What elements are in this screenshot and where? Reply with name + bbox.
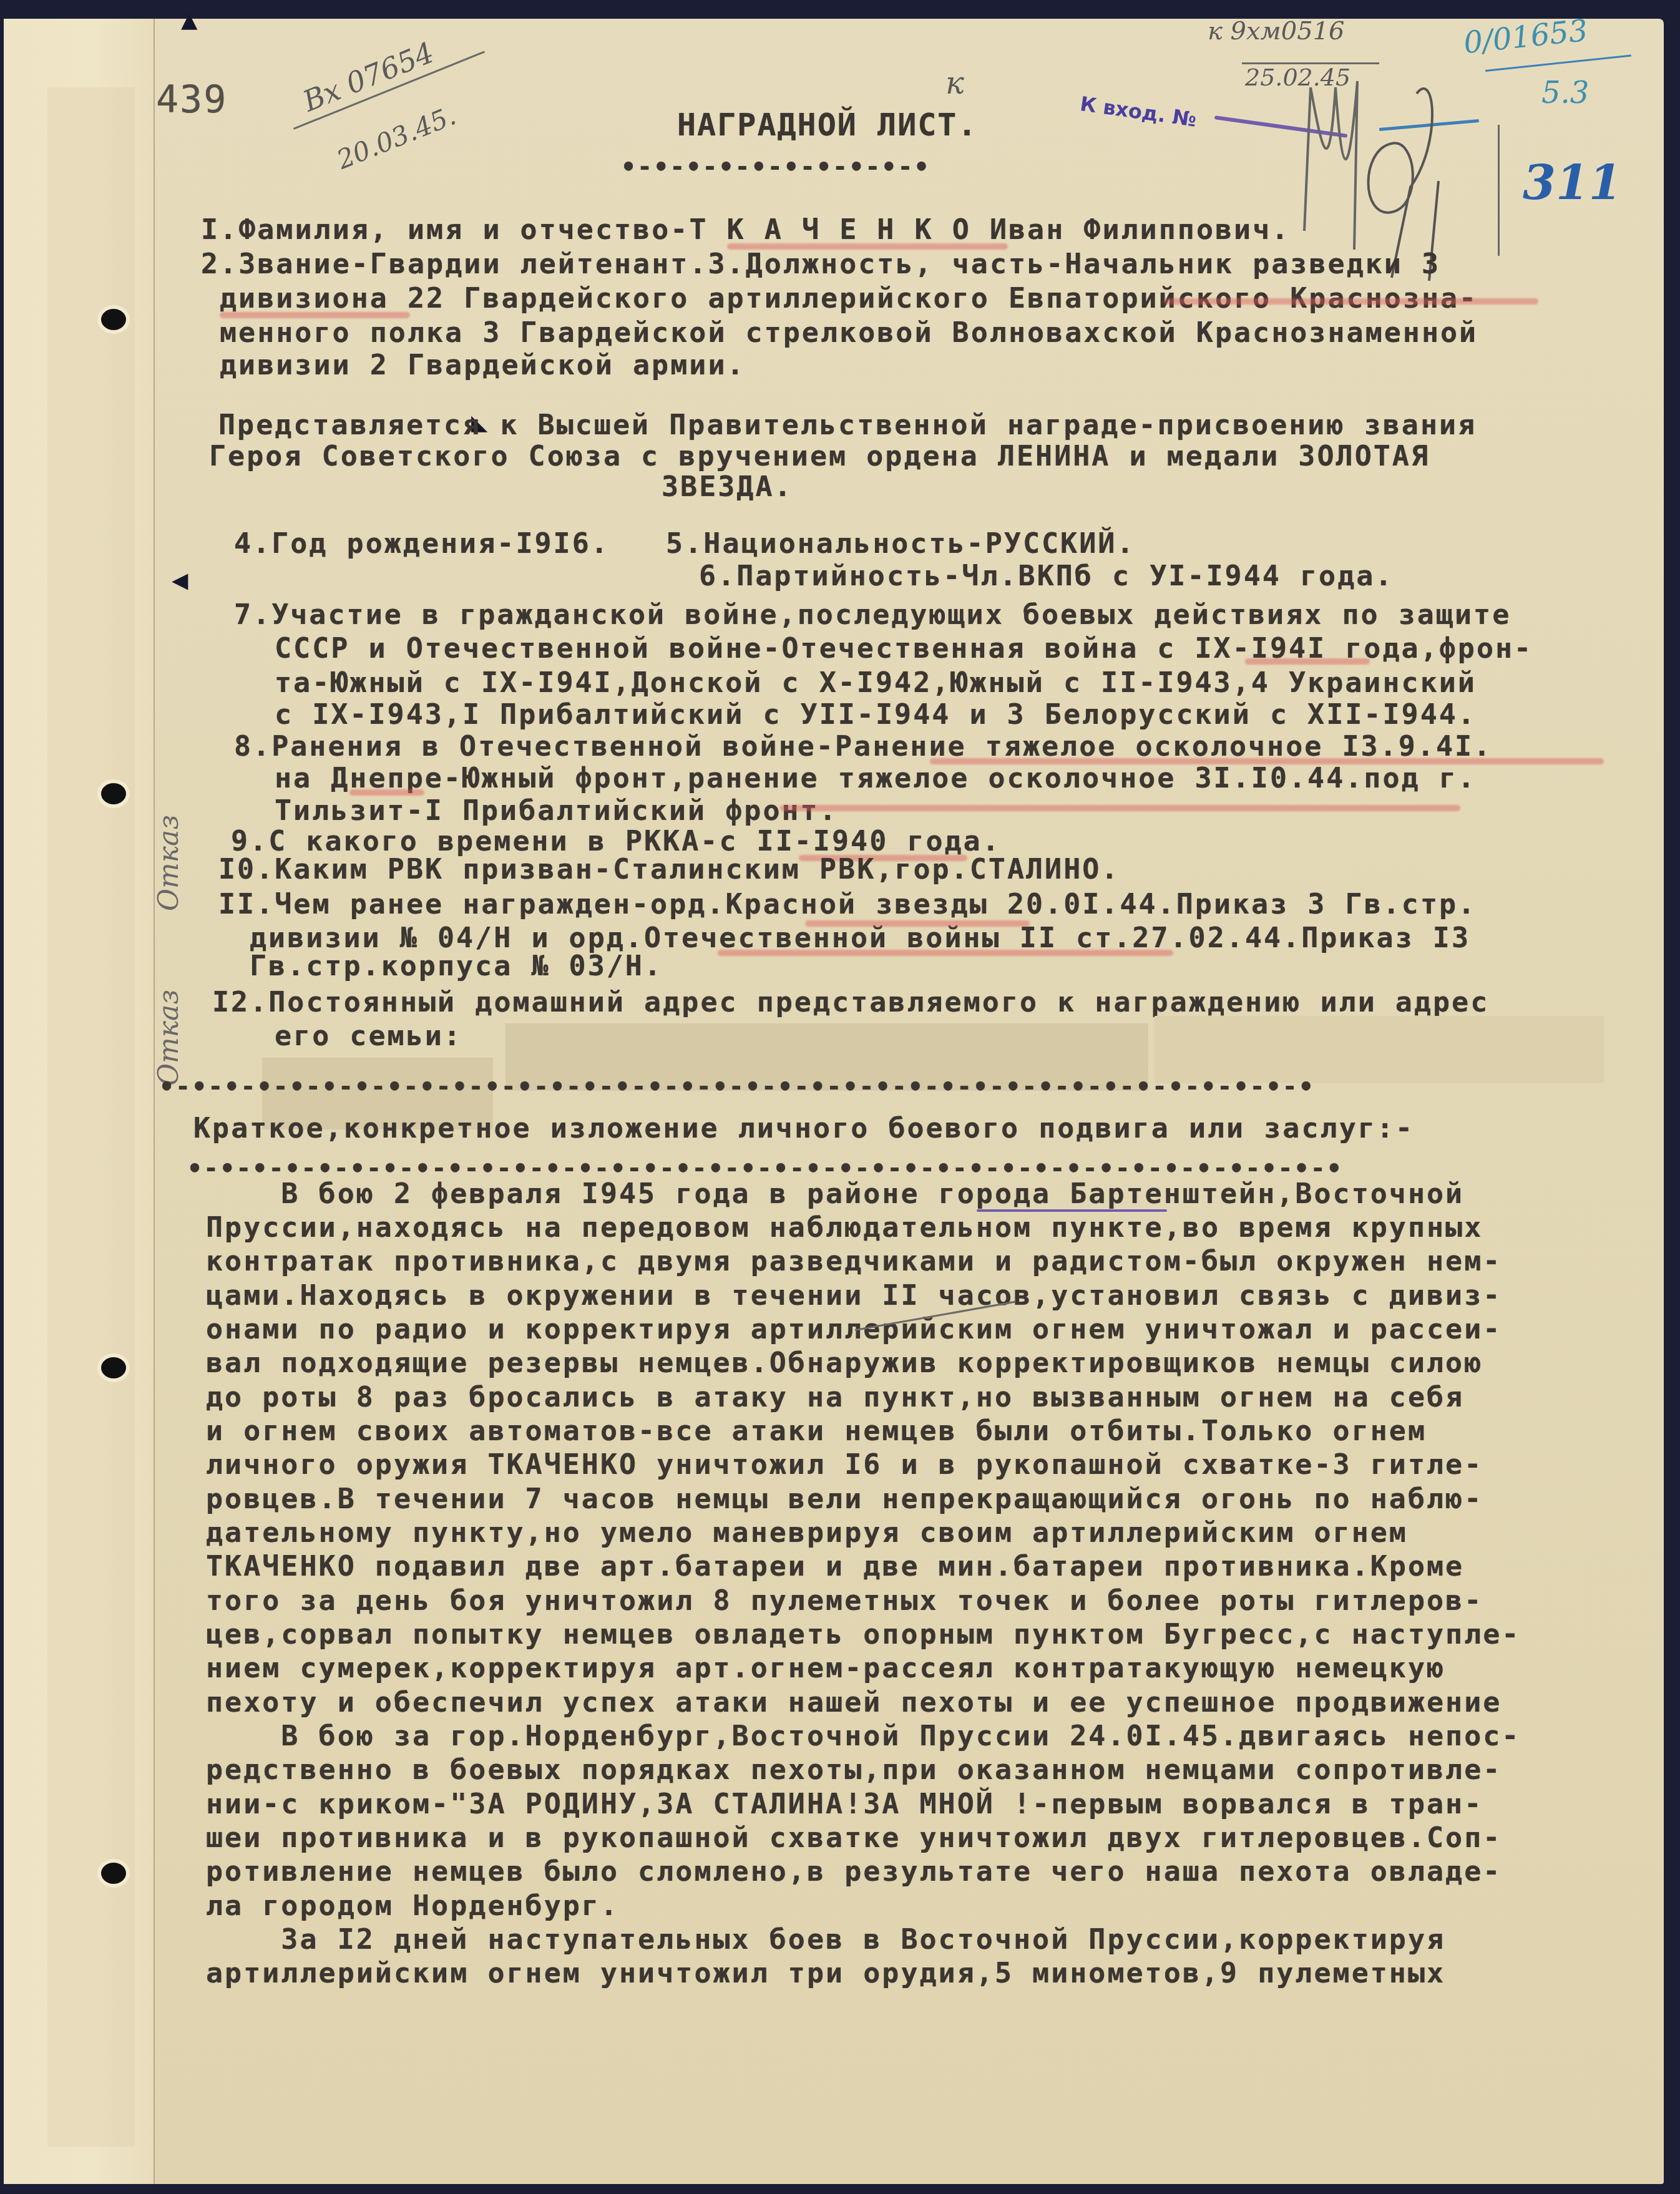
item-service-since: 9.С какого времени в РККА-с II-I940 года… <box>231 827 1001 855</box>
hole-punch <box>101 1357 126 1378</box>
hole-punch <box>101 309 126 330</box>
narrative-line: вал подходящие резервы немцев.Обнаружив … <box>206 1348 1483 1377</box>
narrative-line: контратак противника,с двумя разведчикам… <box>206 1247 1502 1275</box>
wound-underline-1 <box>930 758 1604 764</box>
award-underline-1 <box>805 920 1030 927</box>
narrative-line: онами по радио и корректируя артиллерийс… <box>206 1315 1502 1343</box>
separator-top: •-•-•-•-•-•-•-•-•-•-•-•-•-•-•-•-•-•-•-•-… <box>159 1075 1315 1099</box>
item-previous-awards-3: Гв.стр.корпуса № 03/Н. <box>250 952 663 980</box>
margin-note-2: Отказ <box>153 990 185 1086</box>
narrative-line: цами.Находясь в окружении в течении II ч… <box>206 1281 1502 1309</box>
item-party: 6.Партийность-Чл.ВКПб с УI-I944 года. <box>699 562 1394 590</box>
name-underline <box>727 243 1008 250</box>
tear-mark: ◀ <box>172 567 188 594</box>
city-underline <box>977 1209 1167 1212</box>
item-birth-nationality: 4.Год рождения-I9I6. 5.Национальность-РУ… <box>234 529 1135 557</box>
field-unit-2: менного полка 3 Гвардейской стрелковой В… <box>220 318 1478 346</box>
item-previous-awards-2: дивизии № 04/Н и орд.Отечественной войны… <box>250 924 1470 952</box>
item-wounds-2: на Днепре-Южный фронт,ранение тяжелое ос… <box>275 764 1477 792</box>
hole-punch <box>101 783 126 804</box>
sheet-number: 439 <box>156 81 227 119</box>
field-rank-position: 2.Звание-Гвардии лейтенант.3.Должность, … <box>201 250 1440 278</box>
narrative-line: того за день боя уничтожил 8 пулеметных … <box>206 1586 1483 1614</box>
narrative-line: до роты 8 раз бросались в атаку на пункт… <box>206 1383 1464 1411</box>
item-drafted-by: I0.Каким РВК призван-Сталинским РВК,гор.… <box>218 855 1120 883</box>
binding-strip <box>4 19 155 2184</box>
nomination-line-3: ЗВЕЗДА. <box>662 472 793 500</box>
item-war-participation-3: та-Южный с IX-I94I,Донской с X-I942,Южны… <box>275 668 1477 696</box>
margin-note-1: Отказ <box>153 815 185 911</box>
pencil-margin-line <box>1498 125 1500 256</box>
division-underline <box>220 312 410 318</box>
nomination-line-2: Героя Советского Союза с вручением орден… <box>209 442 1430 470</box>
narrative-line: дательному пункту,но умело маневрируя св… <box>206 1518 1408 1546</box>
registration-sub: 5.3 <box>1541 78 1589 108</box>
field-unit-3: дивизии 2 Гвардейской армии. <box>220 351 746 379</box>
narrative-line: шеи противника и в рукопашной схватке ун… <box>206 1823 1502 1851</box>
narrative-line: нием сумерек,корректируя арт.огнем-рассе… <box>206 1654 1445 1682</box>
summary-heading: Краткое,конкретное изложение личного бое… <box>193 1114 1414 1142</box>
pencil-signature <box>1286 31 1523 281</box>
tear-mark: ▲ <box>181 6 198 34</box>
item-home-address-2: его семьи: <box>275 1021 462 1050</box>
narrative-line: нии-с криком-"ЗА РОДИНУ,ЗА СТАЛИНА!ЗА МН… <box>206 1790 1483 1818</box>
narrative-line: Пруссии,находясь на передовом наблюдател… <box>206 1213 1483 1241</box>
narrative-line: редственно в боевых порядках пехоты,при … <box>206 1755 1502 1783</box>
narrative-line: ТКАЧЕНКО подавил две арт.батареи и две м… <box>206 1552 1464 1580</box>
item-war-participation: 7.Участие в гражданской войне,последующи… <box>234 600 1511 628</box>
item-war-participation-4: с IX-I943,I Прибалтийский с УII-I944 и 3… <box>275 700 1477 728</box>
narrative-line: ла городом Норденбург. <box>206 1891 619 1919</box>
narrative-line: В бою 2 февраля I945 года в районе город… <box>206 1179 1464 1207</box>
narrative-line: личного оружия ТКАЧЕНКО уничтожил I6 и в… <box>206 1450 1483 1478</box>
item-wounds: 8.Ранения в Отечественной войне-Ранение … <box>234 732 1492 760</box>
page-title: НАГРАДНОЙ ЛИСТ. <box>677 109 978 140</box>
page-number: 311 <box>1523 159 1622 207</box>
nomination-line-1: Представляется к Высшей Правительственно… <box>218 411 1477 439</box>
hole-punch <box>101 1863 126 1884</box>
item-wounds-3: Тильзит-I Прибалтийский фронт. <box>275 796 838 824</box>
award-underline-2 <box>718 950 1173 956</box>
narrative-line: и огнем своих автоматов-все атаки немцев… <box>206 1416 1427 1445</box>
narrative-line: цев,сорвал попытку немцев овладеть опорн… <box>206 1620 1520 1648</box>
wound-underline-3 <box>780 805 1460 811</box>
narrative-line: В бою за гор.Норденбург,Восточной Прусси… <box>206 1722 1520 1750</box>
item-home-address: I2.Постоянный домашний адрес представляе… <box>212 988 1489 1016</box>
binding-inner <box>47 87 135 2147</box>
narrative-line: артиллерийским огнем уничтожил три оруди… <box>206 1959 1445 1987</box>
item-previous-awards: II.Чем ранее награжден-орд.Красной звезд… <box>218 890 1477 918</box>
field-name: I.Фамилия, имя и отчество-Т К А Ч Е Н К … <box>201 215 1290 243</box>
narrative-line: ровцев.В течении 7 часов немцы вели непр… <box>206 1485 1483 1513</box>
narrative-line: пехоту и обеспечил успех атаки нашей пех… <box>206 1688 1502 1716</box>
title-ornament: •-•-•-•-•-•-•-•-•-• <box>621 155 930 180</box>
narrative-line: За I2 дней наступательных боев в Восточн… <box>206 1925 1445 1953</box>
corner-letter: к <box>945 67 964 99</box>
wound-underline-2 <box>349 789 424 796</box>
war-date-underline <box>1245 658 1370 665</box>
narrative-line: ротивление немцев было сломлено,в резуль… <box>206 1857 1502 1885</box>
regiment-underline <box>1164 298 1538 305</box>
